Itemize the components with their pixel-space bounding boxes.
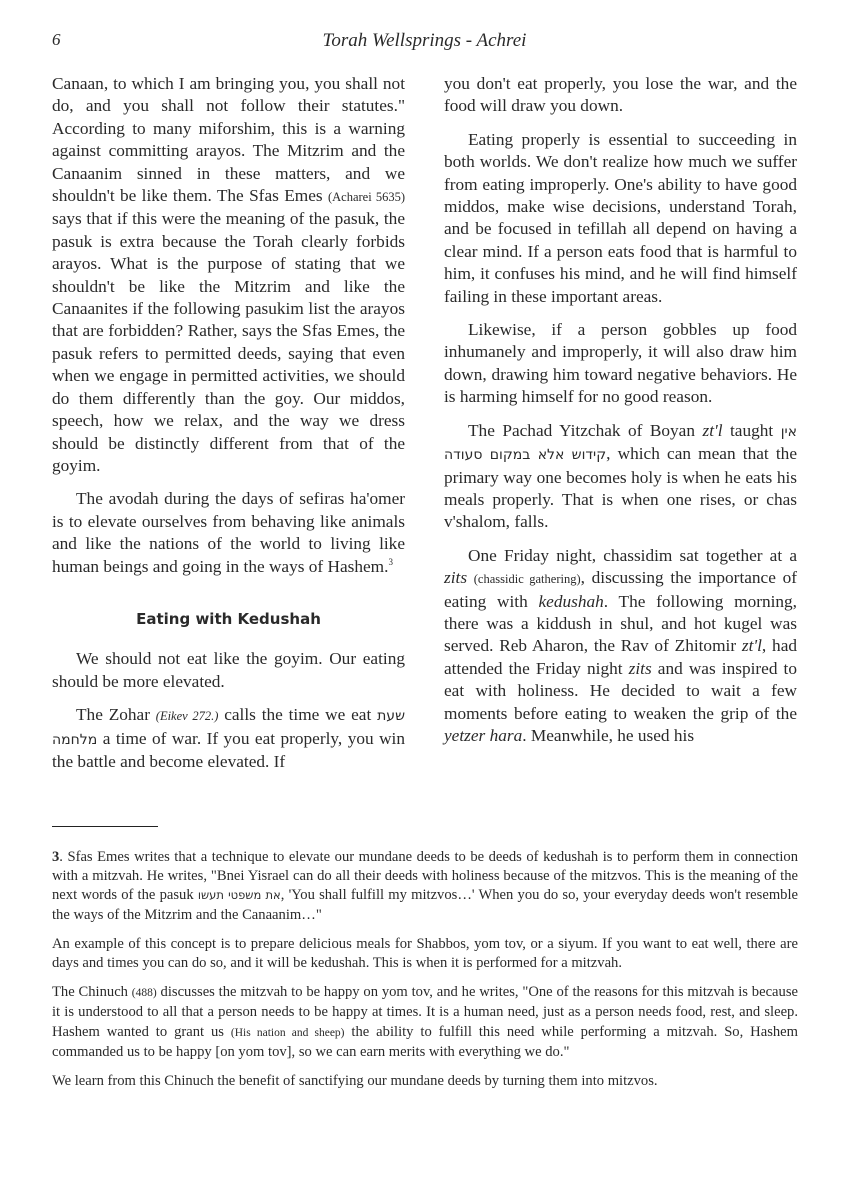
paragraph: The avodah during the days of sefiras ha…: [52, 488, 405, 578]
source-reference: (488): [132, 987, 157, 999]
text: Canaan, to which I am bringing you, you …: [52, 74, 405, 205]
gloss: (chassidic gathering): [474, 572, 581, 586]
paragraph: Canaan, to which I am bringing you, you …: [52, 73, 405, 477]
footnote-paragraph: An example of this concept is to prepare…: [52, 935, 798, 973]
source-reference: (Eikev 272.): [156, 709, 219, 723]
gloss: (His nation and sheep): [231, 1027, 345, 1039]
footnote-separator: [52, 826, 158, 827]
running-title: Torah Wellsprings - Achrei: [52, 30, 797, 52]
footnotes: 3. Sfas Emes writes that a technique to …: [52, 848, 798, 1101]
text: calls the time we eat: [218, 705, 377, 724]
footnote-paragraph: We learn from this Chinuch the benefit o…: [52, 1072, 798, 1091]
text: . Meanwhile, he used his: [522, 726, 694, 745]
section-heading: Eating with Kedushah: [52, 608, 405, 630]
paragraph: Eating properly is essential to succeedi…: [444, 129, 797, 308]
text: The Zohar: [76, 705, 156, 724]
paragraph: One Friday night, chassidim sat together…: [444, 545, 797, 748]
source-reference: (Acharei 5635): [328, 190, 405, 204]
right-column: you don't eat properly, you lose the war…: [444, 73, 797, 758]
paragraph: you don't eat properly, you lose the war…: [444, 73, 797, 118]
term: zits: [629, 659, 652, 678]
honorific: zt'l: [742, 636, 762, 655]
text: says that if this were the meaning of th…: [52, 209, 405, 474]
term: kedushah: [538, 592, 603, 611]
footnote-paragraph: The Chinuch (488) discusses the mitzvah …: [52, 983, 798, 1062]
paragraph: The Pachad Yitzchak of Boyan zt'l taught…: [444, 420, 797, 534]
text: a time of war. If you eat properly, you …: [52, 729, 405, 771]
text: The Chinuch: [52, 984, 132, 1000]
term: zits: [444, 568, 467, 587]
text: The avodah during the days of sefiras ha…: [52, 489, 405, 575]
footnote-marker[interactable]: 3: [388, 557, 393, 567]
text: taught: [723, 421, 781, 440]
page-header: 6 Torah Wellsprings - Achrei: [52, 30, 797, 54]
footnote-3: 3. Sfas Emes writes that a technique to …: [52, 848, 798, 925]
term: yetzer hara: [444, 726, 522, 745]
text: One Friday night, chassidim sat together…: [468, 546, 797, 565]
paragraph: The Zohar (Eikev 272.) calls the time we…: [52, 704, 405, 773]
paragraph: We should not eat like the goyim. Our ea…: [52, 648, 405, 693]
hebrew-phrase: את משפטי תעשו: [198, 888, 281, 902]
honorific: zt'l: [702, 421, 722, 440]
paragraph: Likewise, if a person gobbles up food in…: [444, 319, 797, 409]
left-column: Canaan, to which I am bringing you, you …: [52, 73, 405, 784]
text: The Pachad Yitzchak of Boyan: [468, 421, 702, 440]
